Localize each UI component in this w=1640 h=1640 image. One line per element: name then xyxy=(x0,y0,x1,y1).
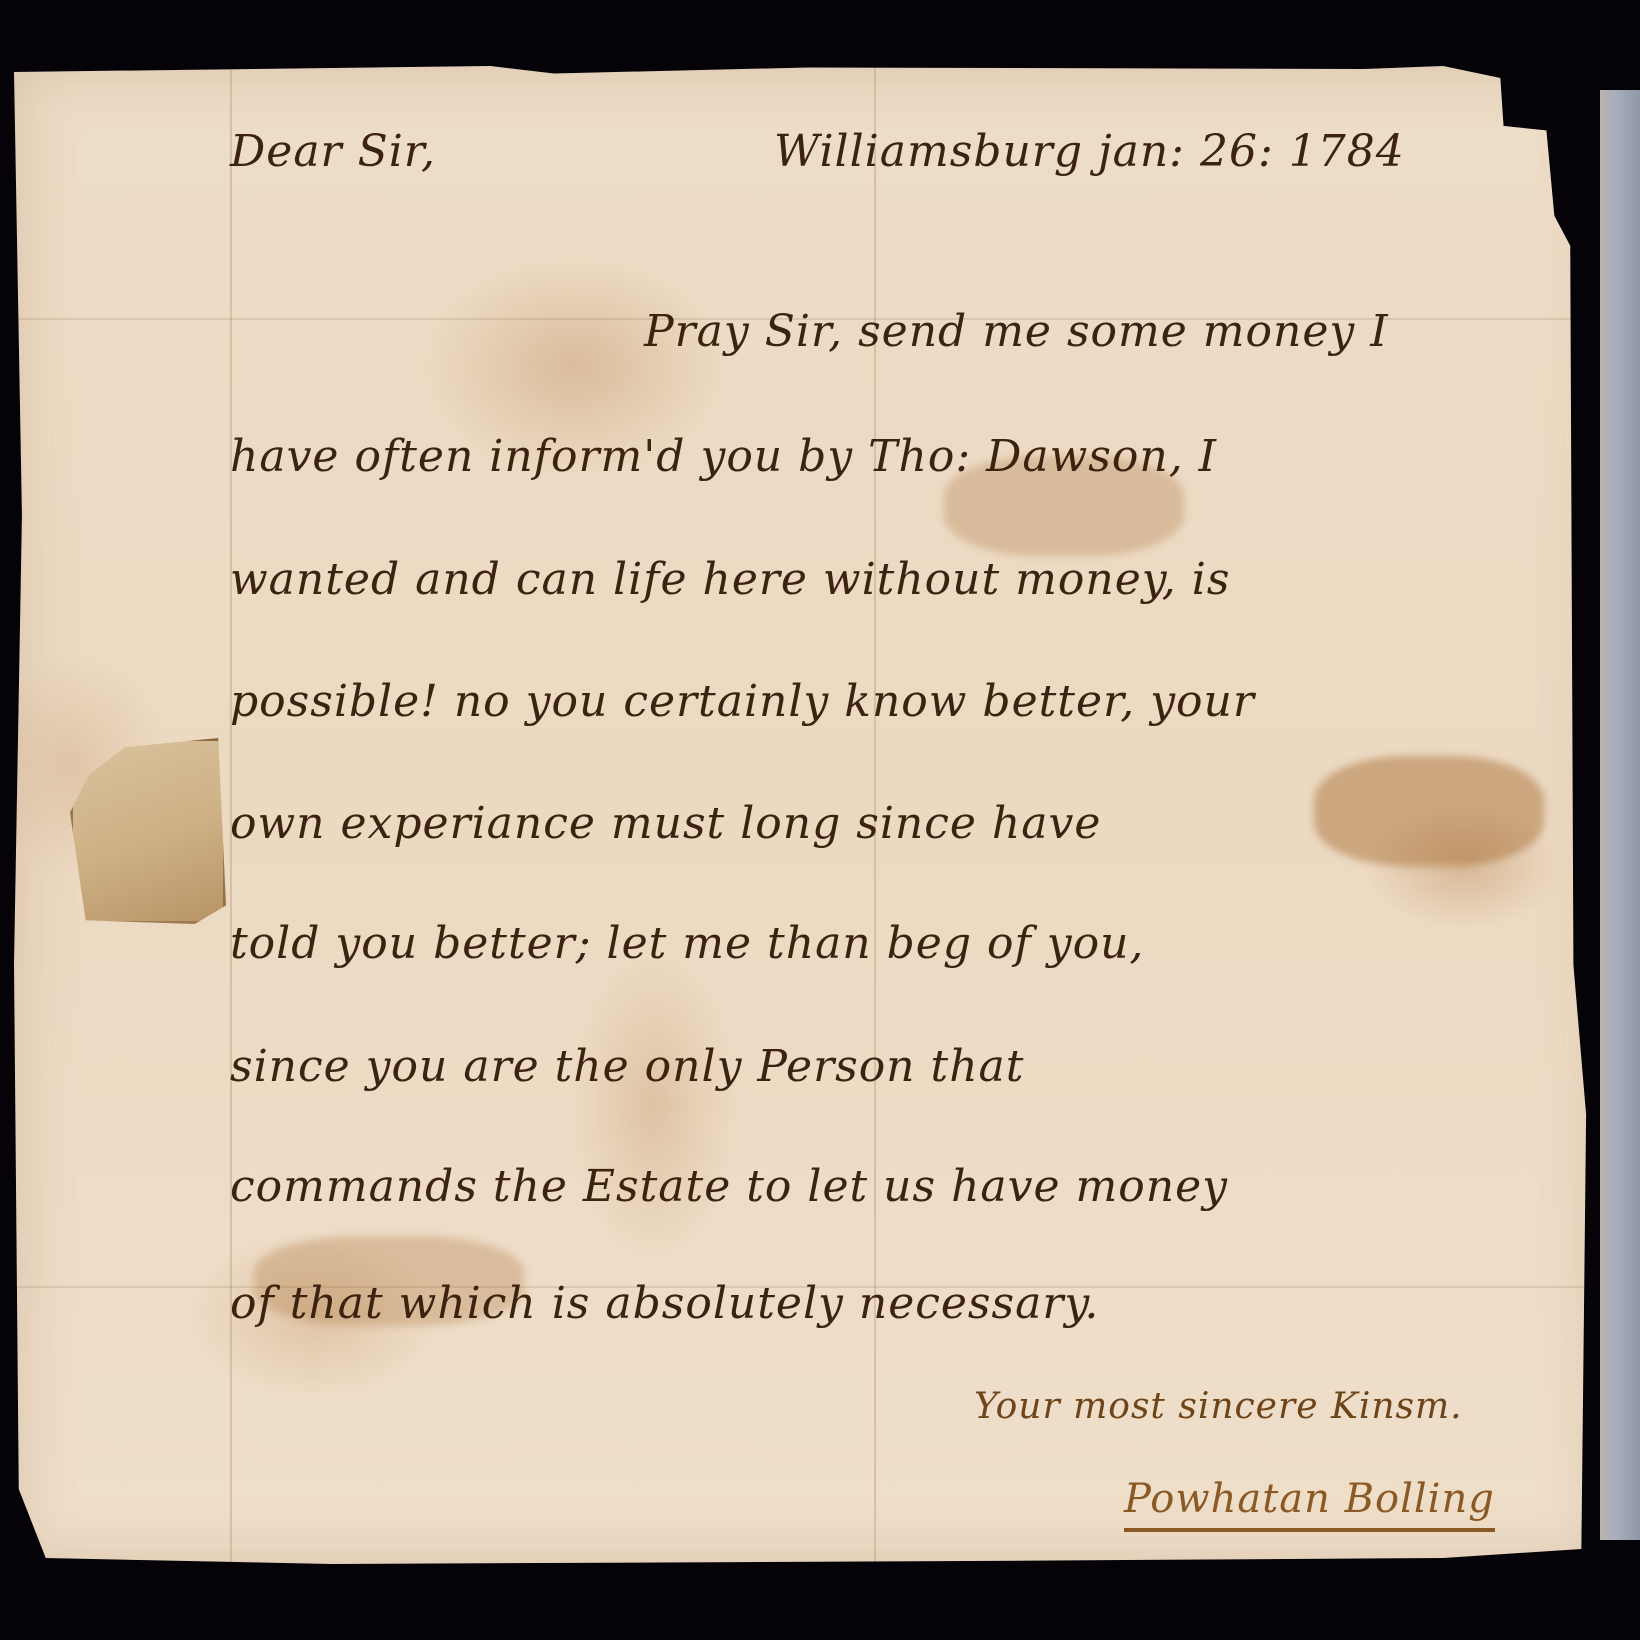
body-line: commands the Estate to let us have money xyxy=(230,1161,1228,1212)
ink-smudge xyxy=(1314,756,1544,866)
body-line: own experiance must long since have xyxy=(230,798,1101,849)
letter-paper: Dear Sir, Williamsburg jan: 26: 1784 Pra… xyxy=(14,66,1602,1564)
body-line: since you are the only Person that xyxy=(230,1041,1024,1092)
repair-patch xyxy=(70,738,226,924)
salutation: Dear Sir, xyxy=(230,126,436,177)
body-line: possible! no you certainly know better, … xyxy=(230,676,1255,727)
mount-backing xyxy=(1600,90,1640,1540)
body-line: have often inform'd you by Tho: Dawson, … xyxy=(230,431,1217,482)
body-line: of that which is absolutely necessary. xyxy=(230,1278,1099,1329)
body-line: Pray Sir, send me some money I xyxy=(644,306,1389,357)
signature: Powhatan Bolling xyxy=(1124,1476,1495,1532)
place-date: Williamsburg jan: 26: 1784 xyxy=(774,126,1405,177)
closing: Your most sincere Kinsm. xyxy=(974,1386,1463,1427)
body-line: told you better; let me than beg of you, xyxy=(230,918,1144,969)
body-line: wanted and can life here without money, … xyxy=(230,554,1230,605)
